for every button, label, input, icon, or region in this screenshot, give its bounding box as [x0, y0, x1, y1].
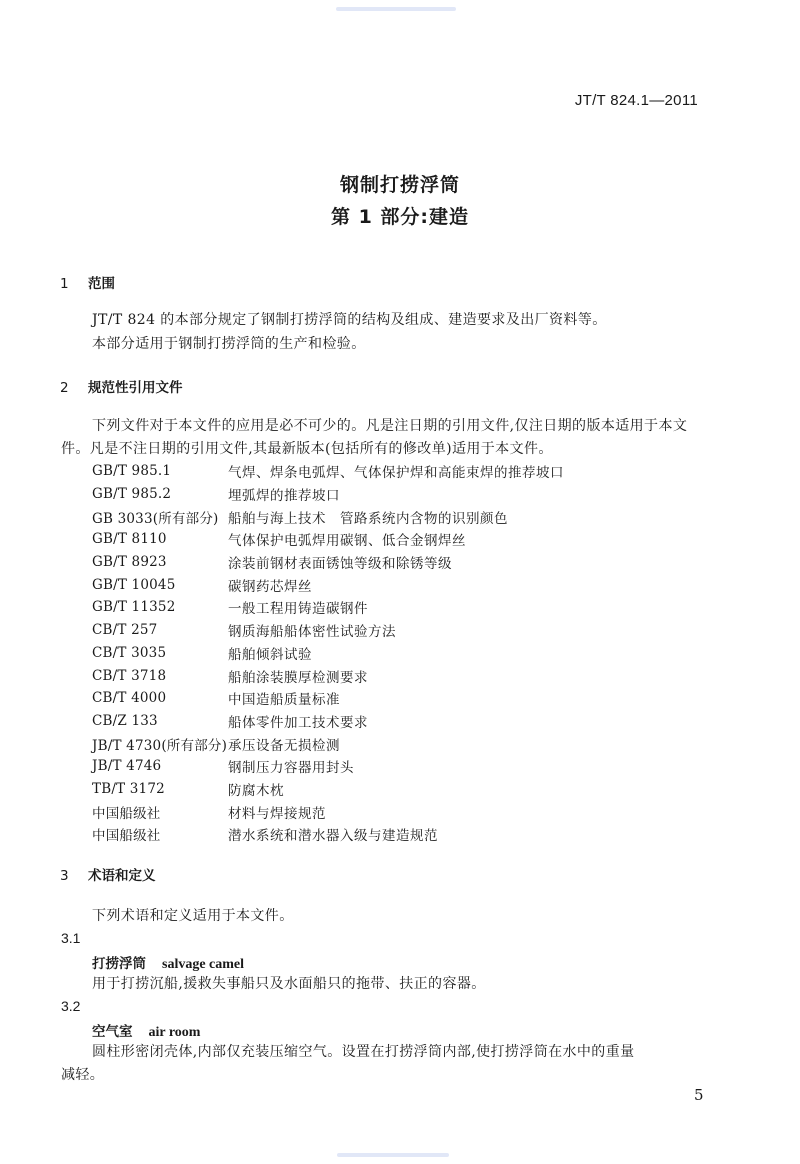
term-definition-line-2: 减轻。	[61, 1063, 104, 1087]
section-number: 3	[60, 868, 88, 884]
reference-item: GB/T 8923涂装前钢材表面锈蚀等级和除锈等级	[92, 551, 652, 574]
reference-item: GB/T 985.2埋弧焊的推荐坡口	[92, 483, 652, 506]
page-number: 5	[694, 1086, 704, 1104]
scope-paragraph-1: JT/T 824 的本部分规定了钢制打捞浮筒的结构及组成、建造要求及出厂资料等。	[92, 308, 607, 332]
reference-code: GB/T 8110	[92, 531, 228, 547]
reference-title: 船舶涂装膜厚检测要求	[228, 666, 368, 686]
reference-code: GB 3033(所有部分)	[92, 507, 228, 527]
watermark-top	[336, 7, 456, 11]
reference-code: GB/T 985.2	[92, 486, 228, 502]
reference-code: CB/T 4000	[92, 690, 228, 706]
reference-title: 碳钢药芯焊丝	[228, 575, 312, 595]
standard-code: JT/T 824.1—2011	[575, 92, 698, 109]
reference-title: 船舶倾斜试验	[228, 643, 312, 663]
terms-intro: 下列术语和定义适用于本文件。	[92, 904, 294, 928]
reference-title: 中国造船质量标准	[228, 688, 340, 708]
section-heading-scope: 1范围	[60, 272, 115, 292]
reference-item: JB/T 4746钢制压力容器用封头	[92, 755, 652, 778]
reference-code: CB/T 3718	[92, 668, 228, 684]
reference-item: GB/T 985.1气焊、焊条电弧焊、气体保护焊和高能束焊的推荐坡口	[92, 460, 652, 483]
reference-title: 涂装前钢材表面锈蚀等级和除锈等级	[228, 552, 452, 572]
document-subtitle: 第 1 部分:建造	[0, 202, 800, 229]
scope-paragraph-2: 本部分适用于钢制打捞浮筒的生产和检验。	[92, 332, 366, 356]
reference-code: GB/T 8923	[92, 554, 228, 570]
reference-title: 钢质海船船体密性试验方法	[228, 620, 396, 640]
reference-title: 潜水系统和潜水器入级与建造规范	[228, 824, 438, 844]
reference-code: 中国船级社	[92, 802, 228, 822]
reference-title: 材料与焊接规范	[228, 802, 326, 822]
reference-title: 一般工程用铸造碳钢件	[228, 597, 368, 617]
reference-code: TB/T 3172	[92, 781, 228, 797]
section-heading-terms-and-definitions: 3术语和定义	[60, 864, 156, 884]
clause-number: 3.1	[61, 930, 80, 946]
reference-item: GB/T 11352一般工程用铸造碳钢件	[92, 596, 652, 619]
reference-title: 船体零件加工技术要求	[228, 711, 368, 731]
section-title: 范围	[88, 276, 115, 292]
reference-code: CB/T 3035	[92, 645, 228, 661]
reference-code: JB/T 4730(所有部分)	[92, 734, 228, 754]
reference-title: 钢制压力容器用封头	[228, 756, 354, 776]
section-title: 术语和定义	[88, 868, 156, 884]
reference-code: GB/T 985.1	[92, 463, 228, 479]
reference-item: CB/T 4000中国造船质量标准	[92, 687, 652, 710]
watermark-bottom	[337, 1153, 449, 1157]
reference-item: JB/T 4730(所有部分)承压设备无损检测	[92, 732, 652, 755]
reference-item: CB/T 257钢质海船船体密性试验方法	[92, 619, 652, 642]
term-entry: 空气室air room	[92, 1020, 200, 1041]
reference-code: GB/T 10045	[92, 577, 228, 593]
term-entry: 打捞浮筒salvage camel	[92, 952, 244, 973]
reference-title: 气焊、焊条电弧焊、气体保护焊和高能束焊的推荐坡口	[228, 461, 564, 481]
section-title: 规范性引用文件	[88, 380, 183, 396]
section-heading-normative-references: 2规范性引用文件	[60, 376, 183, 396]
reference-title: 防腐木枕	[228, 779, 284, 799]
term-english: air room	[149, 1025, 201, 1040]
reference-item: 中国船级社材料与焊接规范	[92, 800, 652, 823]
reference-code: GB/T 11352	[92, 599, 228, 615]
reference-list: GB/T 985.1气焊、焊条电弧焊、气体保护焊和高能束焊的推荐坡口 GB/T …	[92, 460, 652, 846]
section-number: 2	[60, 380, 88, 396]
reference-item: TB/T 3172防腐木枕	[92, 778, 652, 801]
term-chinese: 空气室	[92, 1024, 133, 1040]
term-chinese: 打捞浮筒	[92, 956, 146, 972]
reference-code: 中国船级社	[92, 824, 228, 844]
reference-item: CB/T 3718船舶涂装膜厚检测要求	[92, 664, 652, 687]
reference-code: JB/T 4746	[92, 758, 228, 774]
reference-item: CB/T 3035船舶倾斜试验	[92, 642, 652, 665]
reference-title: 气体保护电弧焊用碳钢、低合金钢焊丝	[228, 529, 466, 549]
references-intro-line-1: 下列文件对于本文件的应用是必不可少的。凡是注日期的引用文件,仅注日期的版本适用于…	[92, 414, 687, 438]
reference-title: 承压设备无损检测	[228, 734, 340, 754]
term-definition-line-1: 圆柱形密闭壳体,内部仅充装压缩空气。设置在打捞浮筒内部,使打捞浮筒在水中的重量	[92, 1040, 635, 1064]
reference-code: CB/T 257	[92, 622, 228, 638]
term-definition: 用于打捞沉船,援救失事船只及水面船只的拖带、扶正的容器。	[92, 972, 486, 996]
document-title: 钢制打捞浮筒	[0, 170, 800, 197]
reference-item: GB 3033(所有部分)船舶与海上技术 管路系统内含物的识别颜色	[92, 505, 652, 528]
reference-item: GB/T 8110气体保护电弧焊用碳钢、低合金钢焊丝	[92, 528, 652, 551]
references-intro-line-2: 件。凡是不注日期的引用文件,其最新版本(包括所有的修改单)适用于本文件。	[61, 437, 553, 461]
term-english: salvage camel	[162, 957, 244, 972]
clause-number: 3.2	[61, 998, 80, 1014]
reference-title: 埋弧焊的推荐坡口	[228, 484, 340, 504]
reference-code: CB/Z 133	[92, 713, 228, 729]
reference-item: 中国船级社潜水系统和潜水器入级与建造规范	[92, 823, 652, 846]
section-number: 1	[60, 276, 88, 292]
reference-item: CB/Z 133船体零件加工技术要求	[92, 710, 652, 733]
reference-title: 船舶与海上技术 管路系统内含物的识别颜色	[228, 507, 508, 527]
reference-item: GB/T 10045碳钢药芯焊丝	[92, 573, 652, 596]
